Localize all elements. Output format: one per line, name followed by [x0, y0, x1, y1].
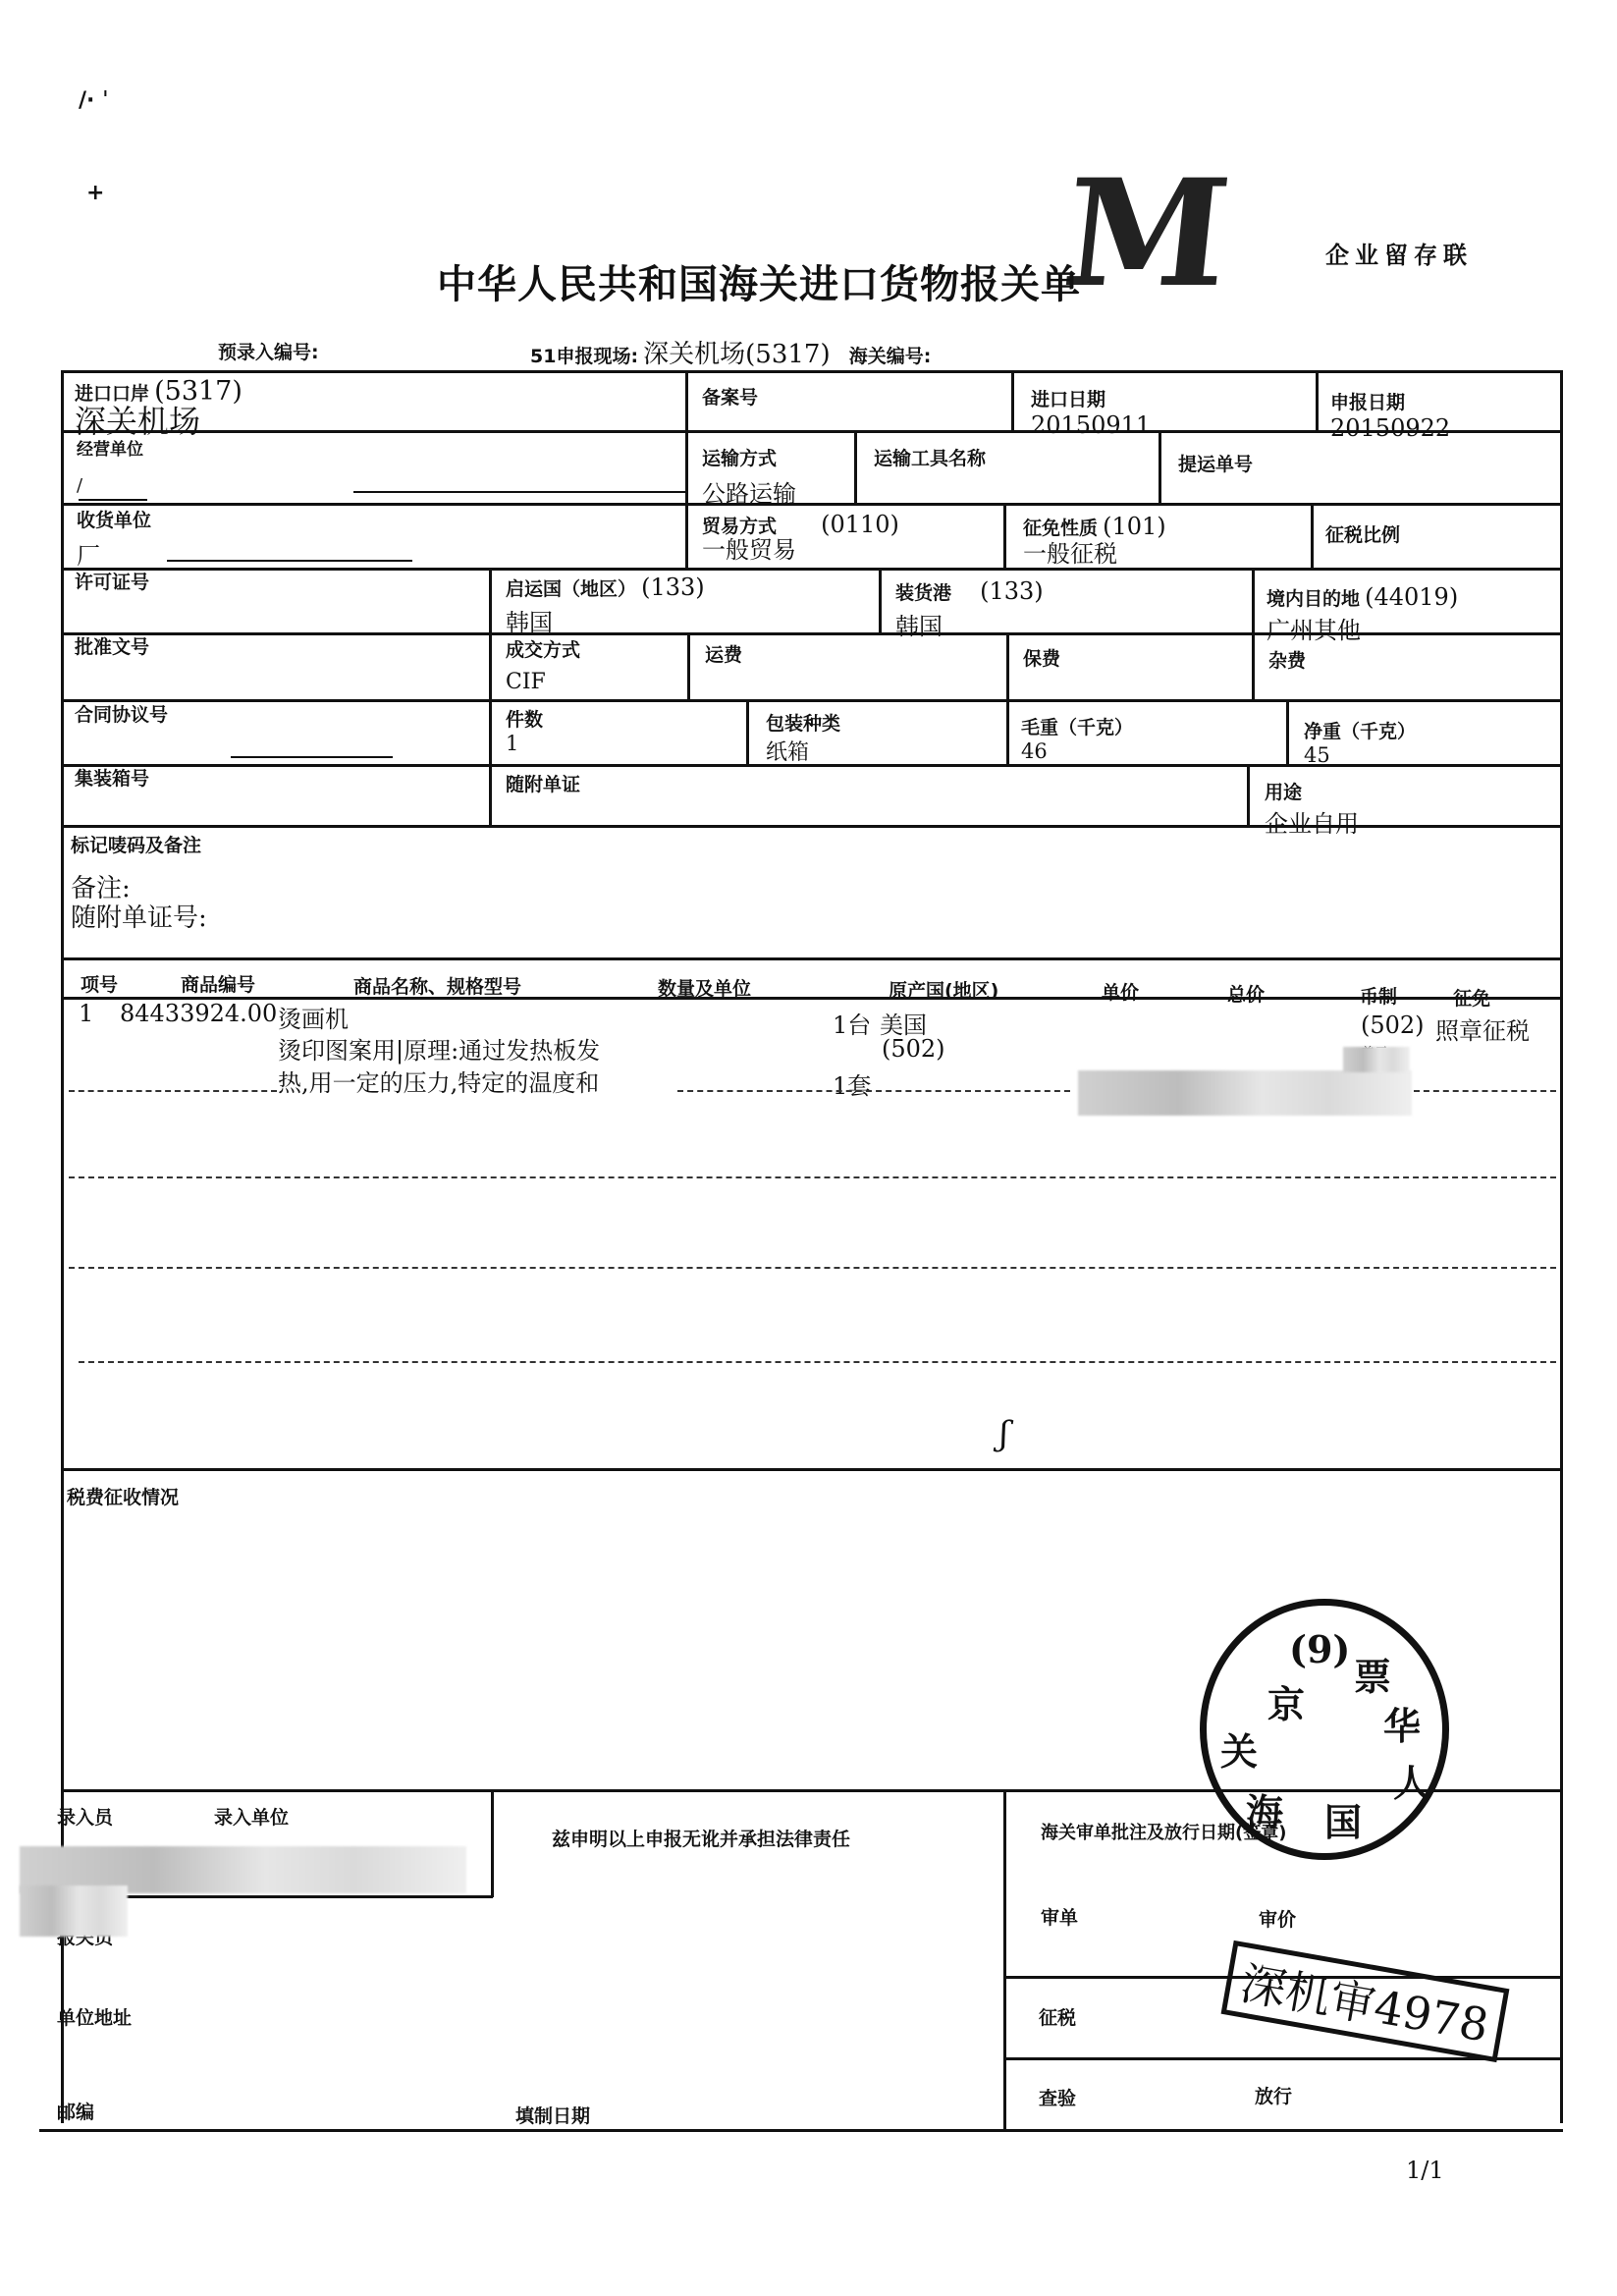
field-value: 韩国: [506, 603, 705, 637]
field-record-no: 备案号: [702, 383, 758, 410]
field-value: 厂: [77, 536, 151, 571]
col-header: 原产国(地区): [889, 976, 998, 1003]
item-qty-line1: 1台: [833, 1006, 871, 1040]
col-divider: [685, 370, 688, 569]
col-divider: [1011, 370, 1014, 433]
release-label: 放行: [1255, 2082, 1292, 2108]
col-divider: [1247, 764, 1250, 827]
field-container-no: 集装箱号: [75, 764, 149, 791]
field-label: 提运单号: [1178, 450, 1253, 476]
item-spec-line2: 热,用一定的压力,特定的温度和: [278, 1064, 599, 1098]
redacted-price: [1078, 1070, 1412, 1116]
examiner-stamp: 深机审4978: [1221, 1941, 1510, 2062]
entry-unit-label: 录入单位: [214, 1803, 289, 1830]
col-divider: [1311, 503, 1314, 570]
seal-glyph: 华: [1383, 1696, 1421, 1750]
col-divider: [491, 1789, 494, 1897]
field-attached-docs: 随附单证: [506, 770, 580, 796]
row-divider: [61, 568, 1563, 571]
field-value: 韩国: [895, 607, 1044, 641]
field-code: (133): [980, 577, 1044, 605]
field-label: 包装种类: [766, 709, 840, 736]
field-origin-country: 启运国（地区） (133) 韩国: [506, 574, 705, 637]
field-value: 1: [506, 732, 543, 755]
redaction-line: [79, 499, 147, 501]
postcode-label: 邮编: [57, 2098, 94, 2124]
field-value: /: [77, 475, 143, 496]
item-no: 1: [79, 1000, 93, 1027]
field-label: 备案号: [702, 387, 758, 409]
page-number: 1/1: [1406, 2157, 1444, 2184]
field-declare-date: 申报日期 20150922: [1330, 388, 1450, 442]
field-net-weight: 净重（千克） 45: [1304, 717, 1416, 767]
field-label: 毛重（千克）: [1021, 713, 1133, 739]
col-divider: [1252, 568, 1255, 634]
pre-entry-no-label: 预录入编号:: [218, 338, 319, 364]
item-code: 84433924.00: [120, 1000, 277, 1027]
field-transport-mode: 运输方式 公路运输: [702, 444, 796, 509]
site-prefix: 51: [530, 346, 556, 367]
col-divider: [489, 568, 492, 827]
col-divider: [1003, 1789, 1006, 2129]
field-code: (0110): [821, 511, 899, 538]
field-label: 合同协议号: [75, 700, 168, 727]
field-label: 件数: [506, 705, 543, 732]
field-packages: 件数 1: [506, 705, 543, 755]
col-header: 总价: [1227, 980, 1265, 1007]
field-label: 启运国（地区）: [506, 578, 636, 600]
row-divider: [61, 503, 1563, 506]
tax-review-label: 征税: [1039, 2003, 1076, 2030]
seal-glyph: 关: [1220, 1722, 1258, 1776]
item-qty-line2: 1套: [833, 1066, 871, 1101]
field-value: 20150922: [1330, 414, 1450, 442]
inspection-label: 查验: [1039, 2084, 1076, 2110]
redaction-line: [231, 756, 393, 758]
field-contract-no: 合同协议号: [75, 700, 168, 727]
col-header: 项号: [81, 970, 118, 997]
seal-glyph: 票: [1354, 1647, 1391, 1701]
item-levy: 照章征税: [1435, 1011, 1530, 1046]
item-origin-code: (502): [882, 1035, 945, 1063]
field-label: 成交方式: [506, 635, 580, 662]
redacted-price: [1343, 1047, 1410, 1072]
field-label: 运输方式: [702, 444, 796, 470]
review-label: 审单: [1041, 1903, 1078, 1930]
row-divider: [61, 957, 1563, 960]
field-label: 经营单位: [77, 435, 143, 460]
field-usage: 用途 企业自用: [1265, 778, 1359, 839]
field-import-port: 进口口岸 (5317) 深关机场: [75, 376, 243, 436]
field-code: (44019): [1365, 583, 1458, 611]
site-value: 深关机场(5317): [643, 340, 830, 369]
col-divider: [1286, 699, 1289, 766]
price-review-label: 审价: [1259, 1905, 1296, 1932]
field-import-date: 进口日期 20150911: [1031, 385, 1151, 439]
field-levy-nature: 征免性质 (101) 一般征税: [1023, 513, 1166, 569]
field-approval-no: 批准文号: [75, 632, 149, 659]
field-package-type: 包装种类 纸箱: [766, 709, 840, 766]
col-divider: [1159, 430, 1161, 505]
field-label: 运费: [705, 640, 742, 667]
field-label: 批准文号: [75, 632, 149, 659]
dashed-divider: [79, 1361, 1556, 1363]
col-header: 数量及单位: [658, 974, 751, 1001]
field-label: 净重（千克）: [1304, 717, 1416, 743]
corner-mark: M: [1056, 147, 1238, 320]
col-divider: [1003, 503, 1006, 570]
col-divider: [1316, 370, 1319, 433]
col-divider: [1006, 699, 1009, 766]
copy-type: 企业留存联: [1325, 236, 1473, 270]
scan-mark: /· ˈ: [79, 88, 109, 113]
field-destination: 境内目的地 (44019) 广州其他: [1267, 583, 1458, 645]
field-value: 广州其他: [1267, 611, 1458, 645]
site-label: 申报现场:: [556, 346, 638, 367]
field-label: 征税比例: [1325, 520, 1400, 547]
seal-glyph: 国: [1324, 1792, 1362, 1846]
seal-glyph: 京: [1267, 1674, 1305, 1728]
field-license-no: 许可证号: [75, 568, 149, 594]
redaction-line: [353, 491, 687, 493]
field-misc-fee: 杂费: [1268, 646, 1306, 673]
field-label: 运输工具名称: [874, 444, 986, 470]
declaration-statement: 兹申明以上申报无讹并承担法律责任: [552, 1825, 850, 1851]
fill-date-label: 填制日期: [515, 2102, 590, 2128]
col-divider: [1006, 632, 1009, 701]
col-divider: [879, 568, 882, 634]
field-operating-unit: 经营单位 /: [77, 435, 143, 496]
col-header: 商品名称、规格型号: [353, 972, 521, 999]
field-deal-mode: 成交方式 CIF: [506, 635, 580, 694]
field-label: 用途: [1265, 778, 1359, 804]
field-label: 集装箱号: [75, 764, 149, 791]
pen-mark: ʃ: [999, 1414, 1008, 1453]
field-value: 45: [1304, 743, 1416, 767]
field-label: 进口口岸: [75, 383, 149, 405]
dashed-divider: [1414, 1090, 1556, 1092]
field-consignee: 收货单位 厂: [77, 506, 151, 571]
seal-glyph: (9): [1289, 1627, 1350, 1671]
field-label: 保费: [1023, 644, 1060, 671]
item-name: 烫画机: [278, 1000, 349, 1034]
field-bill-no: 提运单号: [1178, 450, 1253, 476]
dashed-divider: [69, 1176, 1556, 1178]
customs-no-label: 海关编号:: [849, 346, 932, 367]
field-freight: 运费: [705, 640, 742, 667]
customs-approval-label: 海关审单批注及放行日期(签章): [1041, 1819, 1286, 1844]
field-value: CIF: [506, 670, 580, 694]
field-label: 申报日期: [1330, 388, 1450, 414]
item-currency-code: (502): [1361, 1011, 1425, 1039]
field-label: 收货单位: [77, 506, 151, 532]
col-header: 商品编号: [181, 970, 255, 997]
col-header: 单价: [1102, 978, 1139, 1005]
field-label: 进口日期: [1031, 385, 1151, 411]
item-spec-line1: 烫印图案用|原理:通过发热板发: [278, 1031, 600, 1066]
seal-glyph: 人: [1393, 1753, 1430, 1807]
tax-label: 税费征收情况: [67, 1483, 179, 1509]
entry-clerk-label: 录入员: [57, 1803, 113, 1830]
col-header: 征免: [1453, 984, 1490, 1011]
field-code: (133): [641, 574, 705, 601]
field-label: 装货港: [895, 582, 951, 604]
field-value: 46: [1021, 739, 1133, 763]
form-bottom-border: [39, 2129, 1563, 2132]
attached-doc-no-label: 随附单证号:: [71, 898, 207, 934]
field-transport-name: 运输工具名称: [874, 444, 986, 470]
field-trade-mode: 贸易方式 (0110) 一般贸易: [702, 511, 899, 565]
field-label: 杂费: [1268, 646, 1306, 673]
row-divider: [61, 699, 1563, 702]
field-loading-port: 装货港 (133) 韩国: [895, 577, 1044, 641]
col-header: 币制: [1360, 982, 1397, 1009]
col-divider: [746, 699, 749, 766]
marks-label: 标记唛码及备注: [71, 831, 201, 857]
dashed-divider: [69, 1090, 277, 1092]
dashed-divider: [69, 1267, 1556, 1269]
field-gross-weight: 毛重（千克） 46: [1021, 713, 1133, 763]
col-divider: [1252, 632, 1255, 701]
declaration-site: 51申报现场: 深关机场(5317) 海关编号:: [530, 334, 931, 370]
unit-address-label: 单位地址: [57, 2003, 132, 2030]
scan-mark: +: [86, 181, 104, 205]
col-divider: [687, 632, 690, 701]
field-levy-ratio: 征税比例: [1325, 520, 1400, 547]
field-label: 境内目的地: [1267, 588, 1360, 610]
field-label: 随附单证: [506, 770, 580, 796]
dashed-divider: [677, 1090, 1070, 1092]
row-divider: [61, 1468, 1563, 1471]
col-divider: [854, 430, 857, 505]
field-insurance: 保费: [1023, 644, 1060, 671]
field-label: 许可证号: [75, 568, 149, 594]
field-value: 纸箱: [766, 736, 840, 766]
redaction-line: [167, 560, 412, 562]
redacted-entry-info: [20, 1886, 128, 1937]
form-top-border: [61, 370, 1563, 373]
page-title: 中华人民共和国海关进口货物报关单: [437, 253, 1081, 309]
field-value: 公路运输: [702, 474, 796, 509]
field-value: 20150911: [1031, 411, 1151, 439]
field-value: 企业自用: [1265, 804, 1359, 839]
